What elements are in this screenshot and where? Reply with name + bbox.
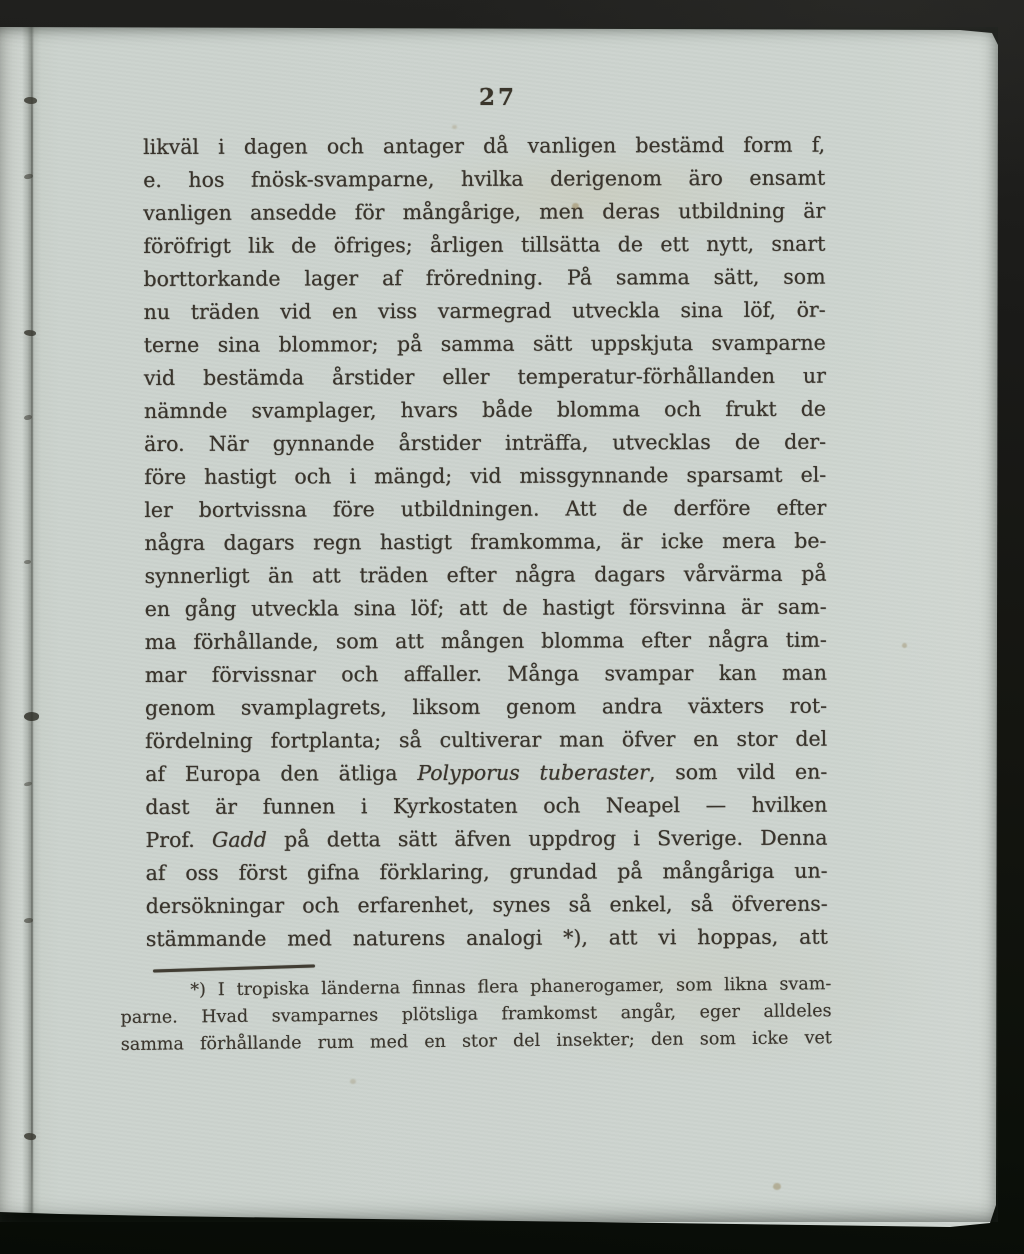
paper-stain [452,125,457,129]
text-line: mar förvissnar och affaller. Många svamp… [145,657,827,692]
paper-stain [902,643,907,648]
text-line: föröfrigt lik de öfriges; årligen tillsä… [143,228,825,263]
paper-stain [350,1079,356,1084]
text-line: en gång utveckla sina löf; att de hastig… [145,591,827,626]
footnote-line: samma förhållande rum med en stor del in… [121,1025,832,1059]
footnote-rule [153,964,315,972]
page-number: 27 [143,84,825,111]
text-line: ler bortvissna före utbildningen. Att de… [144,492,826,527]
text-line: nämnde svamplager, hvars både blomma och… [144,393,826,428]
text-line: äro. När gynnande årstider inträffa, utv… [144,426,826,461]
footnote: *) I tropiska länderna finnas flera phan… [120,971,832,1059]
scan-background: 27 likväl i dagen och antager då vanlige… [0,0,1024,1254]
text-line: några dagars regn hastigt framkomma, är … [144,525,826,560]
text-line: synnerligt än att träden efter några dag… [144,558,826,593]
text-line: af Europa den ätliga Polyporus tuberaste… [145,756,827,791]
text-segment: , som vild en- [649,760,827,785]
text-line: vid bestämda årstider eller temperatur-f… [144,360,826,395]
binding-crease-line [31,27,33,1228]
person-name-italic: Gadd [212,828,267,852]
text-line: likväl i dagen och antager då vanligen b… [143,129,825,164]
text-line: af oss först gifna förklaring, grundad p… [146,855,828,890]
text-line: dast är funnen i Kyrkostaten och Neapel … [145,789,827,824]
text-line: nu träden vid en viss varmegrad utveckla… [144,294,826,329]
book-page: 27 likväl i dagen och antager då vanlige… [0,27,998,1228]
text-line: ma förhållande, som att mången blomma ef… [145,624,827,659]
text-line: dersökningar och erfarenhet, synes så en… [146,888,828,923]
paper-stain [773,1183,781,1190]
text-line: borttorkande lager af fröredning. På sam… [143,261,825,296]
text-segment: af Europa den ätliga [145,761,417,786]
text-line: Prof. Gadd på detta sätt äfven uppdrog i… [145,822,827,857]
text-line: genom svamplagrets, liksom genom andra v… [145,690,827,725]
text-line: vanligen ansedde för mångårige, men dera… [143,195,825,230]
text-segment: på detta sätt äfven uppdrog i Sverige. D… [267,826,828,852]
text-line: terne sina blommor; på samma sätt uppskj… [144,327,826,362]
text-segment: Prof. [145,828,212,852]
text-line: fördelning fortplanta; så cultiverar man… [145,723,827,758]
species-name-italic: Polyporus tuberaster [417,760,649,785]
text-line: före hastigt och i mängd; vid missgynnan… [144,459,826,494]
text-line: e. hos fnösk-svamparne, hvilka derigenom… [143,162,825,197]
body-text: likväl i dagen och antager då vanligen b… [143,129,828,956]
text-line: stämmande med naturens analogi *), att v… [146,921,828,956]
